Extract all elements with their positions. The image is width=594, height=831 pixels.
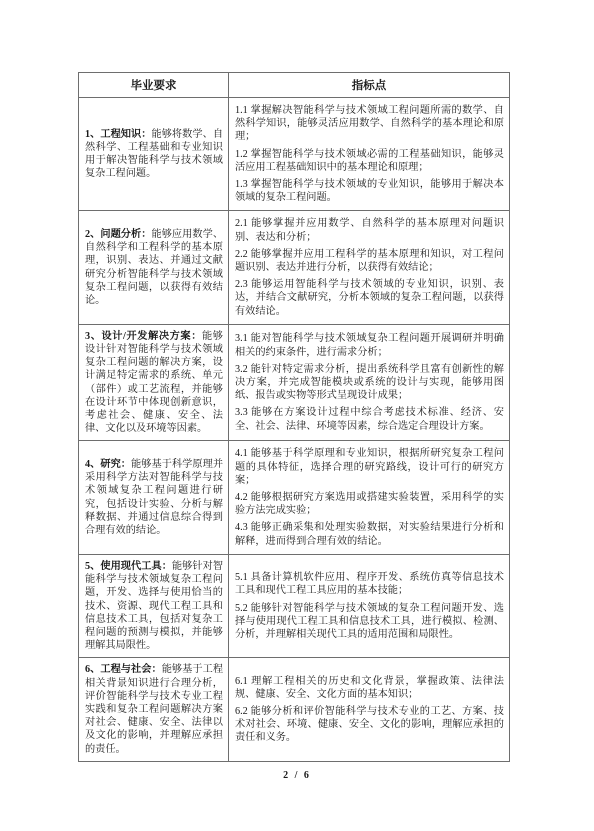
table-row: 3、设计/开发解决方案：能够设计针对智能科学与技术领域复杂工程问题的解决方案，设…: [79, 324, 510, 441]
indicator-item: 3.2 能针对特定需求分析，提出系统科学且富有创新性的解决方案，并完成智能模块或…: [235, 363, 504, 403]
graduation-requirements-table: 毕业要求 指标点 1、工程知识：能够将数学、自然科学、工程基础和专业知识用于解决…: [78, 72, 510, 762]
table-row: 6、工程与社会：能够基于工程相关背景知识进行合理分析，评价智能科学与技术专业工程…: [79, 658, 510, 761]
indicator-item: 4.1 能够基于科学原理和专业知识，根据所研究复杂工程问题的具体特征，选择合理的…: [235, 447, 504, 487]
indicator-item: 6.1 理解工程相关的历史和文化背景，掌握政策、法律法规、健康、安全、文化方面的…: [235, 675, 504, 701]
requirement-label: 5、使用现代工具：: [85, 561, 172, 572]
indicator-points-cell: 4.1 能够基于科学原理和专业知识，根据所研究复杂工程问题的具体特征，选择合理的…: [229, 441, 510, 554]
indicator-item: 3.3 能够在方案设计过程中综合考虑技术标准、经济、安全、社会、法律、环境等因素…: [235, 406, 504, 432]
table-row: 5、使用现代工具：能够针对智能科学与技术领域复杂工程问题，开发、选择与使用恰当的…: [79, 554, 510, 657]
requirement-text: 能够设计针对智能科学与技术领域复杂工程问题的解决方案，设计满足特定需求的系统、单…: [85, 331, 223, 434]
table-body: 1、工程知识：能够将数学、自然科学、工程基础和专业知识用于解决智能科学与技术领域…: [79, 98, 510, 762]
indicator-item: 2.3 能够运用智能科学与技术领域的专业知识，识别、表达，并结合文献研究，分析本…: [235, 278, 504, 318]
indicator-item: 1.2 掌握智能科学与技术领域必需的工程基础知识，能够灵活应用工程基础知识中的基…: [235, 148, 504, 174]
graduation-requirement-cell: 6、工程与社会：能够基于工程相关背景知识进行合理分析，评价智能科学与技术专业工程…: [79, 658, 229, 761]
requirement-label: 2、问题分析：: [85, 229, 151, 240]
requirement-text: 能够针对智能科学与技术领域复杂工程问题，开发、选择与使用恰当的技术、资源、现代工…: [85, 561, 223, 651]
requirement-text: 能够应用数学、自然科学和工程科学的基本原理，识别、表达、并通过文献研究分析智能科…: [85, 229, 223, 306]
page-number-footer: 2 / 6: [0, 770, 594, 781]
indicator-item: 2.1 能够掌握并应用数学、自然科学的基本原理对问题识别、表达和分析；: [235, 217, 504, 243]
indicator-item: 1.1 掌握解决智能科学与技术领域工程问题所需的数学、自然科学知识，能够灵活应用…: [235, 104, 504, 144]
table-header-row: 毕业要求 指标点: [79, 73, 510, 98]
column-header-graduation-requirements: 毕业要求: [79, 73, 229, 98]
requirement-text: 能够基于工程相关背景知识进行合理分析，评价智能科学与技术专业工程实践和复杂工程问…: [85, 664, 223, 754]
graduation-requirement-cell: 2、问题分析：能够应用数学、自然科学和工程科学的基本原理，识别、表达、并通过文献…: [79, 211, 229, 324]
indicator-item: 5.2 能够针对智能科学与技术领域的复杂工程问题开发、选择与使用现代工程工具和信…: [235, 602, 504, 642]
indicator-item: 2.2 能够掌握并应用工程科学的基本原理和知识，对工程问题识别、表达并进行分析，…: [235, 248, 504, 274]
table-row: 4、研究：能够基于科学原理并采用科学方法对智能科学与技术领域复杂工程问题进行研究…: [79, 441, 510, 554]
requirement-label: 3、设计/开发解决方案：: [85, 331, 202, 342]
table-row: 1、工程知识：能够将数学、自然科学、工程基础和专业知识用于解决智能科学与技术领域…: [79, 98, 510, 211]
graduation-requirement-cell: 4、研究：能够基于科学原理并采用科学方法对智能科学与技术领域复杂工程问题进行研究…: [79, 441, 229, 554]
indicator-item: 3.1 能对智能科学与技术领域复杂工程问题开展调研并明确相关的约束条件，进行需求…: [235, 332, 504, 358]
indicator-item: 5.1 具备计算机软件应用、程序开发、系统仿真等信息技术工具和现代工程工具应用的…: [235, 571, 504, 597]
graduation-requirement-cell: 3、设计/开发解决方案：能够设计针对智能科学与技术领域复杂工程问题的解决方案，设…: [79, 324, 229, 441]
indicator-points-cell: 5.1 具备计算机软件应用、程序开发、系统仿真等信息技术工具和现代工程工具应用的…: [229, 554, 510, 657]
indicator-item: 4.2 能够根据研究方案选用或搭建实验装置，采用科学的实验方法完成实验；: [235, 491, 504, 517]
indicator-points-cell: 6.1 理解工程相关的历史和文化背景，掌握政策、法律法规、健康、安全、文化方面的…: [229, 658, 510, 761]
indicator-item: 4.3 能够正确采集和处理实验数据，对实验结果进行分析和解释，进而得到合理有效的…: [235, 521, 504, 547]
indicator-item: 6.2 能够分析和评价智能科学与技术专业的工艺、方案、技术对社会、环境、健康、安…: [235, 705, 504, 745]
indicator-item: 1.3 掌握智能科学与技术领域的专业知识，能够用于解决本领域的复杂工程问题。: [235, 178, 504, 204]
indicator-points-cell: 2.1 能够掌握并应用数学、自然科学的基本原理对问题识别、表达和分析；2.2 能…: [229, 211, 510, 324]
requirement-label: 6、工程与社会：: [85, 664, 162, 675]
requirement-label: 4、研究：: [85, 459, 131, 470]
column-header-indicator-points: 指标点: [229, 73, 510, 98]
requirement-text: 能够基于科学原理并采用科学方法对智能科学与技术领域复杂工程问题进行研究，包括设计…: [85, 459, 223, 536]
document-page: 毕业要求 指标点 1、工程知识：能够将数学、自然科学、工程基础和专业知识用于解决…: [0, 0, 594, 831]
graduation-requirement-cell: 5、使用现代工具：能够针对智能科学与技术领域复杂工程问题，开发、选择与使用恰当的…: [79, 554, 229, 657]
indicator-points-cell: 1.1 掌握解决智能科学与技术领域工程问题所需的数学、自然科学知识，能够灵活应用…: [229, 98, 510, 211]
indicator-points-cell: 3.1 能对智能科学与技术领域复杂工程问题开展调研并明确相关的约束条件，进行需求…: [229, 324, 510, 441]
table-row: 2、问题分析：能够应用数学、自然科学和工程科学的基本原理，识别、表达、并通过文献…: [79, 211, 510, 324]
requirement-label: 1、工程知识：: [85, 129, 151, 140]
graduation-requirement-cell: 1、工程知识：能够将数学、自然科学、工程基础和专业知识用于解决智能科学与技术领域…: [79, 98, 229, 211]
